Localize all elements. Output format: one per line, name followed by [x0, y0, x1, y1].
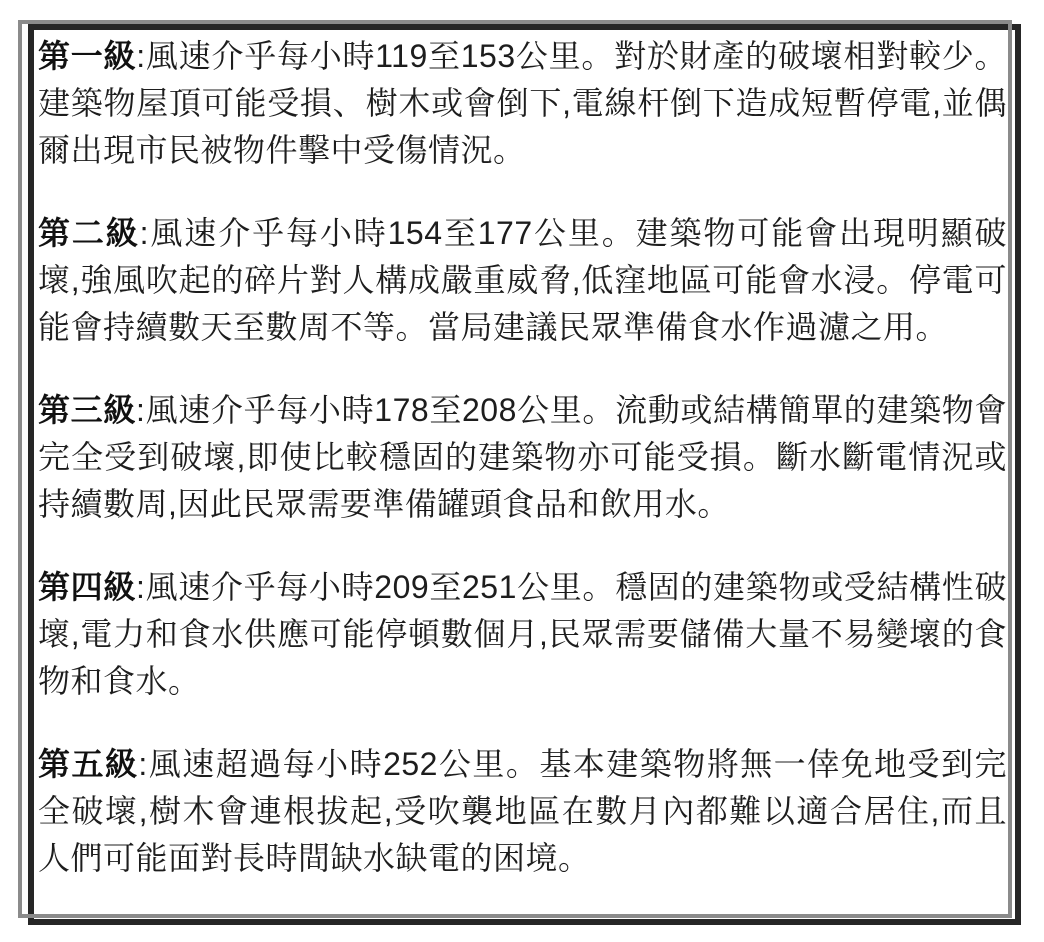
category-2-separator: :	[140, 215, 149, 251]
category-2-label: 第二級	[38, 215, 140, 251]
category-4-body: 風速介乎每小時209至251公里。穩固的建築物或受結構性破壞,電力和食水供應可能…	[38, 569, 1007, 699]
category-2-paragraph: 第二級:風速介乎每小時154至177公里。建築物可能會出現明顯破壞,強風吹起的碎…	[38, 210, 1007, 351]
category-1-separator: :	[136, 38, 145, 74]
category-3-body: 風速介乎每小時178至208公里。流動或結構簡單的建築物會完全受到破壞,即使比較…	[38, 392, 1007, 522]
category-3-separator: :	[136, 392, 145, 428]
category-1-body: 風速介乎每小時119至153公里。對於財產的破壞相對較少。建築物屋頂可能受損、樹…	[38, 38, 1007, 168]
category-2-body: 風速介乎每小時154至177公里。建築物可能會出現明顯破壞,強風吹起的碎片對人構…	[38, 215, 1007, 345]
category-1-label: 第一級	[38, 38, 136, 74]
category-5-label: 第五級	[38, 746, 138, 782]
category-4-paragraph: 第四級:風速介乎每小時209至251公里。穩固的建築物或受結構性破壞,電力和食水…	[38, 564, 1007, 705]
category-scale-panel: 第一級:風速介乎每小時119至153公里。對於財產的破壞相對較少。建築物屋頂可能…	[28, 24, 1021, 925]
category-1-paragraph: 第一級:風速介乎每小時119至153公里。對於財產的破壞相對較少。建築物屋頂可能…	[38, 33, 1007, 174]
category-5-body: 風速超過每小時252公里。基本建築物將無一倖免地受到完全破壞,樹木會連根拔起,受…	[38, 746, 1007, 876]
category-3-paragraph: 第三級:風速介乎每小時178至208公里。流動或結構簡單的建築物會完全受到破壞,…	[38, 387, 1007, 528]
category-5-paragraph: 第五級:風速超過每小時252公里。基本建築物將無一倖免地受到完全破壞,樹木會連根…	[38, 741, 1007, 882]
category-4-label: 第四級	[38, 569, 136, 605]
category-4-separator: :	[136, 569, 145, 605]
category-3-label: 第三級	[38, 392, 136, 428]
category-5-separator: :	[138, 746, 147, 782]
